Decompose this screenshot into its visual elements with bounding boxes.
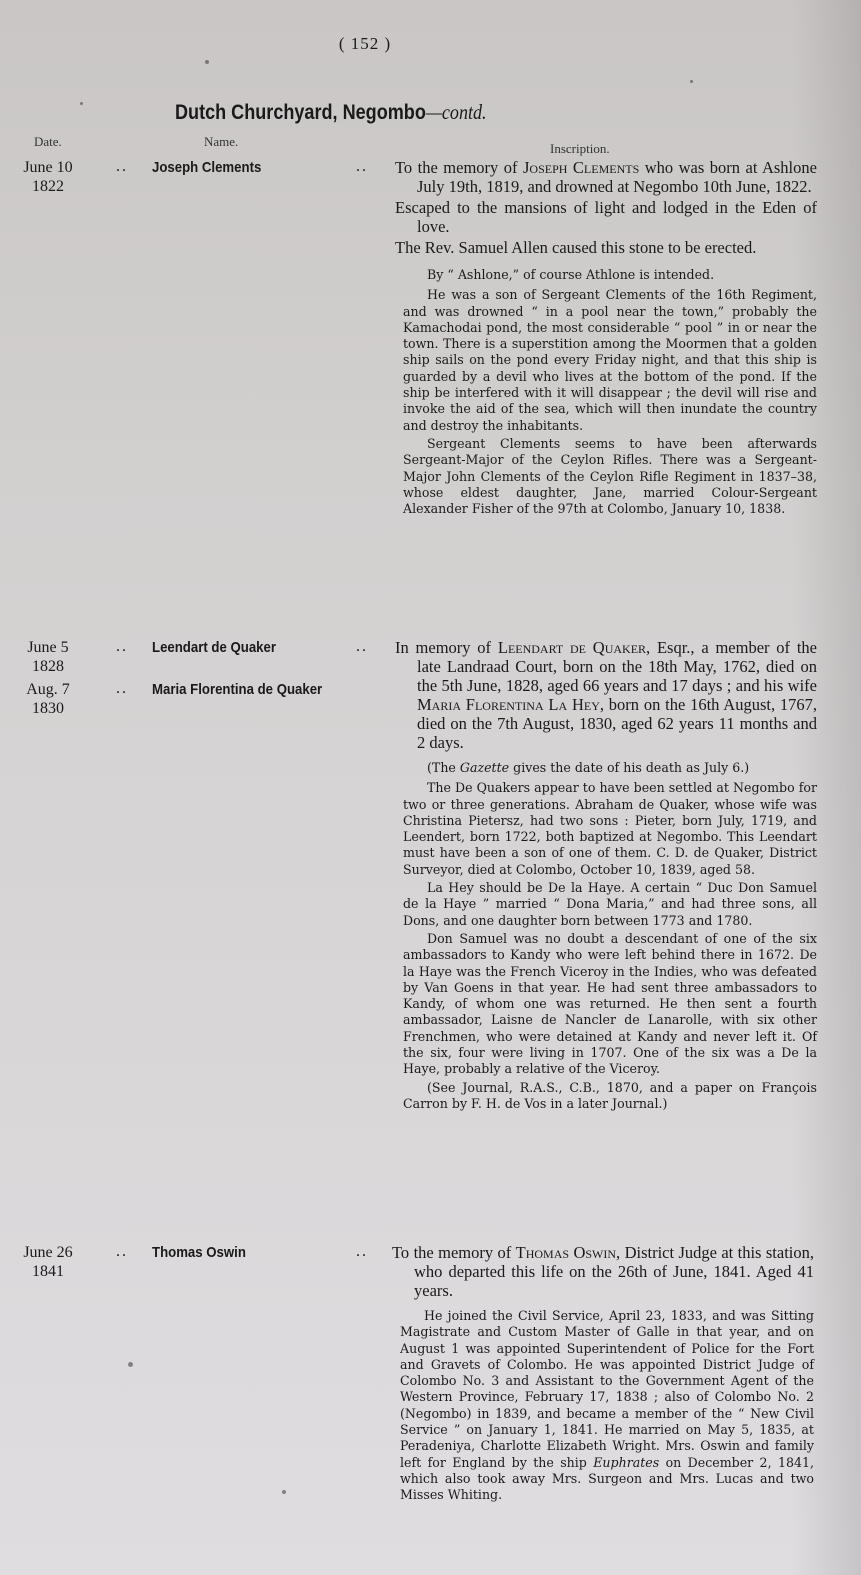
- page-number: ( 152 ): [0, 34, 730, 54]
- paper-speck: [690, 80, 693, 83]
- column-header-date: Date.: [34, 134, 62, 150]
- editorial-note: He joined the Civil Service, April 23, 1…: [392, 1308, 814, 1504]
- inscription-line: To the memory of Thomas Oswin, District …: [392, 1243, 814, 1300]
- page-title-main: Dutch Churchyard, Negombo: [175, 101, 426, 124]
- paper-speck: [128, 1362, 133, 1367]
- inscription-text: In memory of Leendart de Quaker, Esqr., …: [395, 638, 817, 1114]
- inscription-line: In memory of Leendart de Quaker, Esqr., …: [395, 638, 817, 752]
- inscription-line: Escaped to the mansions of light and lod…: [395, 198, 817, 236]
- leader-dots: ..: [116, 638, 128, 656]
- leader-dots: ..: [116, 158, 128, 176]
- inscription-text: To the memory of Joseph Clements who was…: [395, 158, 817, 519]
- editorial-note: (See Journal, R.A.S., C.B., 1870, and a …: [395, 1080, 817, 1113]
- entry-date: June 5 1828: [18, 638, 78, 676]
- date-day: Aug. 7: [18, 680, 78, 699]
- date-day: June 5: [18, 638, 78, 657]
- entry-date: June 26 1841: [18, 1243, 78, 1281]
- editorial-note: La Hey should be De la Haye. A certain “…: [395, 880, 817, 929]
- date-day: June 26: [18, 1243, 78, 1262]
- entry-date-second: Aug. 7 1830: [18, 680, 78, 718]
- date-day: June 10: [18, 158, 78, 177]
- entry-name: Leendart de Quaker: [152, 639, 276, 656]
- paper-speck: [282, 1490, 286, 1494]
- editorial-note: He was a son of Sergeant Clements of the…: [395, 287, 817, 434]
- entry-date: June 10 1822: [18, 158, 78, 196]
- leader-dots: ..: [116, 1243, 128, 1261]
- date-year: 1830: [18, 699, 78, 718]
- editorial-note: By “ Ashlone,” of course Athlone is inte…: [395, 267, 817, 283]
- editorial-note: Don Samuel was no doubt a descendant of …: [395, 931, 817, 1078]
- editorial-note: The De Quakers appear to have been settl…: [395, 780, 817, 878]
- entry-name: Thomas Oswin: [152, 1244, 246, 1261]
- date-year: 1841: [18, 1262, 78, 1281]
- date-year: 1828: [18, 657, 78, 676]
- date-year: 1822: [18, 177, 78, 196]
- entry-name: Joseph Clements: [152, 159, 261, 176]
- leader-dots: ..: [116, 680, 128, 698]
- inscription-line: The Rev. Samuel Allen caused this stone …: [395, 238, 817, 257]
- page-title: Dutch Churchyard, Negombo—contd.: [175, 100, 487, 125]
- paper-speck: [205, 60, 209, 64]
- column-header-name: Name.: [204, 134, 238, 150]
- editorial-note: Sergeant Clements seems to have been aft…: [395, 436, 817, 517]
- leader-dots: ..: [356, 158, 368, 176]
- inscription-text: To the memory of Thomas Oswin, District …: [392, 1243, 814, 1506]
- leader-dots: ..: [356, 638, 368, 656]
- page-title-contd: —contd.: [426, 100, 487, 124]
- paper-speck: [80, 102, 83, 105]
- entry-name-second: Maria Florentina de Quaker: [152, 681, 322, 698]
- editorial-note: (The Gazette gives the date of his death…: [395, 760, 817, 776]
- inscription-line: To the memory of Joseph Clements who was…: [395, 158, 817, 196]
- column-header-inscription: Inscription.: [550, 141, 610, 157]
- leader-dots: ..: [356, 1243, 368, 1261]
